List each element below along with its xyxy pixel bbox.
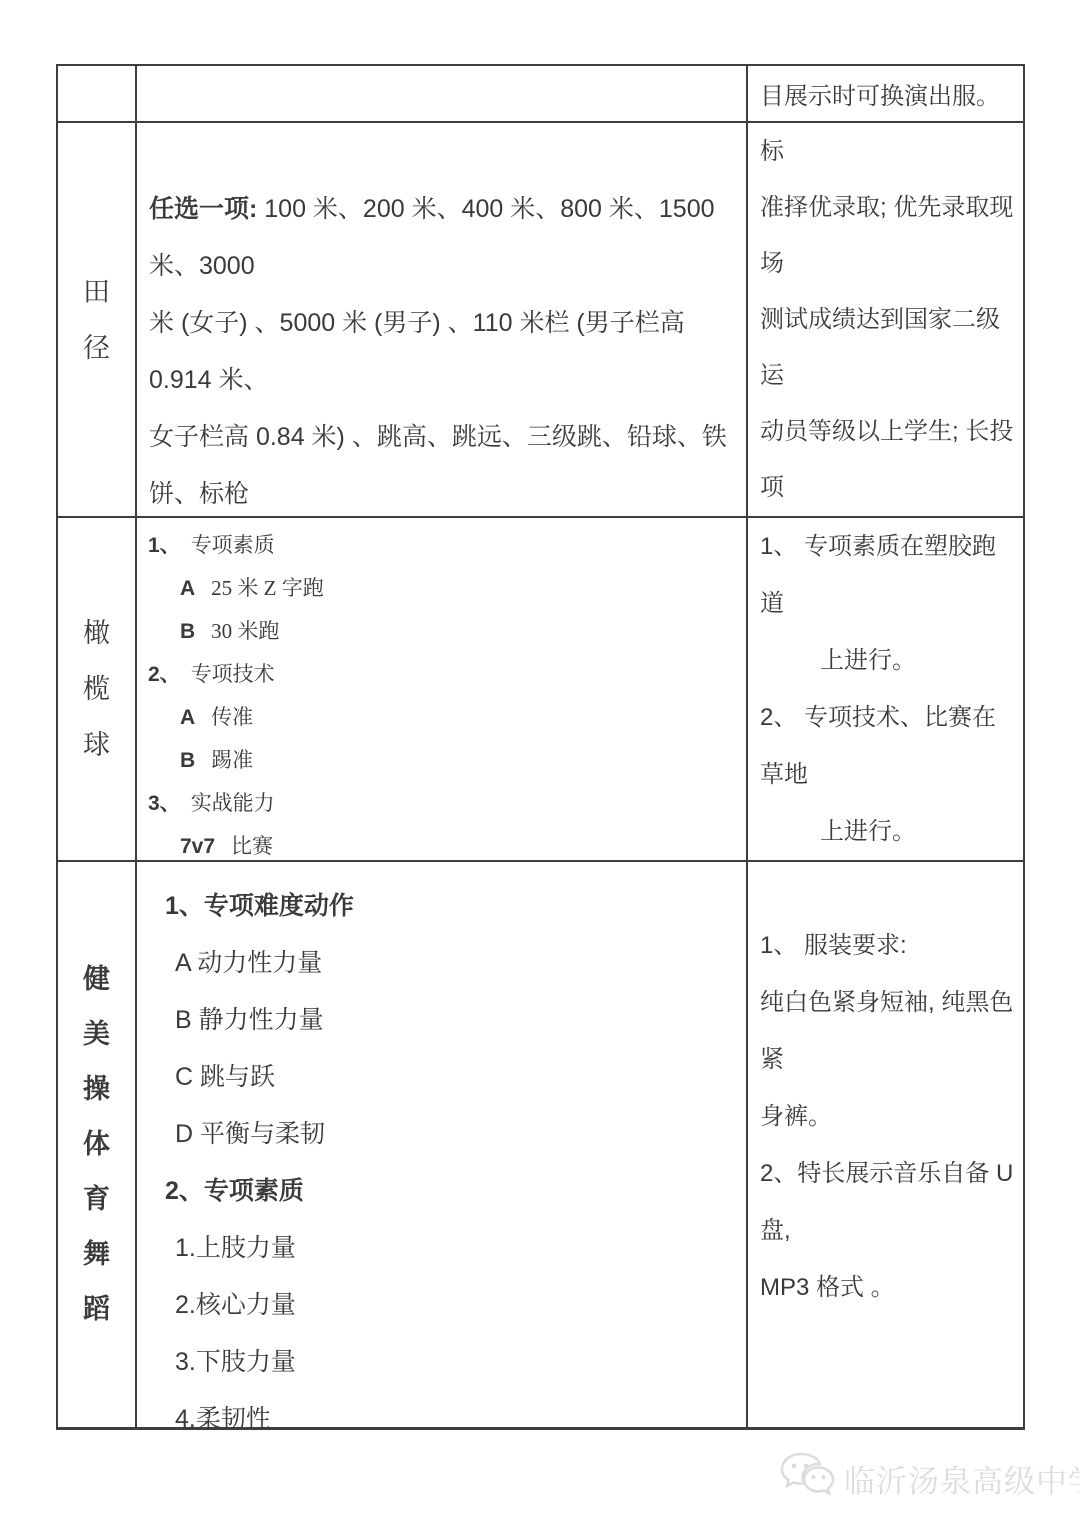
aerobics-note-line: 1、 服装要求: [760,917,1017,974]
list-item: C 跳与跃 [165,1049,740,1106]
track-events-cell: 任选一项: 100 米、200 米、400 米、800 米、1500 米、300… [137,123,748,518]
item-number: 7v7 [180,835,215,858]
rugby-note-line: 1、 专项素质在塑胶跑道 [760,518,1017,632]
item-text: 25 米 Z 字跑 [211,576,324,600]
top-row-middle-cell [137,66,748,123]
list-item: B30 米跑 [148,610,740,653]
watermark-text: 临沂汤泉高级中学 [844,1456,1080,1501]
list-item: A传准 [148,696,740,739]
aerobics-note-line: 2、特长展示音乐自备 U 盘, [760,1145,1017,1259]
rugby-note-line: 上进行。 [760,632,1017,689]
list-item: 3.下肢力量 [165,1334,740,1391]
list-item: B 静力性力量 [165,992,740,1049]
item-number: 2、 [148,663,181,686]
list-item: B踢准 [148,739,740,782]
list-item: D 平衡与柔韧 [165,1106,740,1163]
track-label: 田径 [80,264,114,376]
list-item: 2、专项素质 [165,1163,740,1220]
aerobics-note-line: 纯白色紧身短袖, 纯黑色紧 [760,974,1017,1088]
item-text: 传准 [211,705,253,729]
rugby-note-line: 2、 专项技术、比赛在草地 [760,689,1017,803]
wechat-logo-icon [778,1450,836,1506]
track-note-cell: 按照小项名次并参照国家 体育总局单招查分 (表) 标 准择优录取; 优先录取现场… [748,123,1023,518]
item-text: 实战能力 [191,791,275,815]
item-text: 30 米跑 [211,619,279,643]
rugby-items-cell: 1、专项素质 A25 米 Z 字跑 B30 米跑 2、专项技术 A传准 B踢准 … [137,518,748,862]
item-number: 1、 [148,534,181,557]
item-text: 专项素质 [191,533,275,557]
top-row-label-cell [58,66,137,123]
watermark: 临沂汤泉高级中学 [778,1450,1080,1506]
item-text: 踢准 [211,748,253,772]
rugby-note-line: 上进行。 [760,803,1017,860]
list-item: A 动力性力量 [165,935,740,992]
track-events-line2: 米 (女子) 、5000 米 (男子) 、110 米栏 (男子栏高 0.914 … [149,295,736,409]
track-events-line3: 女子栏高 0.84 米) 、跳高、跳远、三级跳、铅球、铁饼、标枪 [149,409,736,518]
aerobics-note-line: MP3 格式 。 [760,1259,1017,1316]
list-item: 1.上肢力量 [165,1220,740,1277]
list-item: 2、专项技术 [148,653,740,696]
list-item: 1、专项素质 [148,524,740,567]
track-note-text: 按照小项名次并参照国家 体育总局单招查分 (表) 标 准择优录取; 优先录取现场… [760,123,1017,518]
list-item: 1、专项难度动作 [165,878,740,935]
rugby-label: 橄榄球 [80,605,114,773]
item-number: B [180,620,195,643]
aerobics-note-line: 身裤。 [760,1088,1017,1145]
item-text: 专项技术 [191,662,275,686]
item-number: A [180,577,195,600]
item-number: A [180,706,195,729]
aerobics-label-cell: 健美操体育舞蹈 [58,862,137,1427]
list-item: 2.核心力量 [165,1277,740,1334]
top-row-note-text: 目展示时可换演出服。 [760,76,1023,111]
rugby-note-cell: 1、 专项素质在塑胶跑道 上进行。 2、 专项技术、比赛在草地 上进行。 [748,518,1023,862]
aerobics-note-cell: 1、 服装要求: 纯白色紧身短袖, 纯黑色紧 身裤。 2、特长展示音乐自备 U … [748,862,1023,1427]
item-text: 比赛 [231,834,273,858]
list-item: 7v7比赛 [148,825,740,862]
requirements-table: 目展示时可换演出服。 田径 任选一项: 100 米、200 米、400 米、80… [56,64,1025,1430]
track-pick-label: 任选一项: [149,195,257,223]
track-label-cell: 田径 [58,123,137,518]
item-number: 3、 [148,792,181,815]
aerobics-items-cell: 1、专项难度动作 A 动力性力量 B 静力性力量 C 跳与跃 D 平衡与柔韧 2… [137,862,748,1427]
top-row-note-cell: 目展示时可换演出服。 [748,66,1023,123]
track-events-line1: 任选一项: 100 米、200 米、400 米、800 米、1500 米、300… [149,181,736,295]
rugby-label-cell: 橄榄球 [58,518,137,862]
list-item: 4.柔韧性 [165,1391,740,1427]
item-number: B [180,749,195,772]
list-item: A25 米 Z 字跑 [148,567,740,610]
list-item: 3、实战能力 [148,782,740,825]
aerobics-label: 健美操体育舞蹈 [80,952,114,1337]
